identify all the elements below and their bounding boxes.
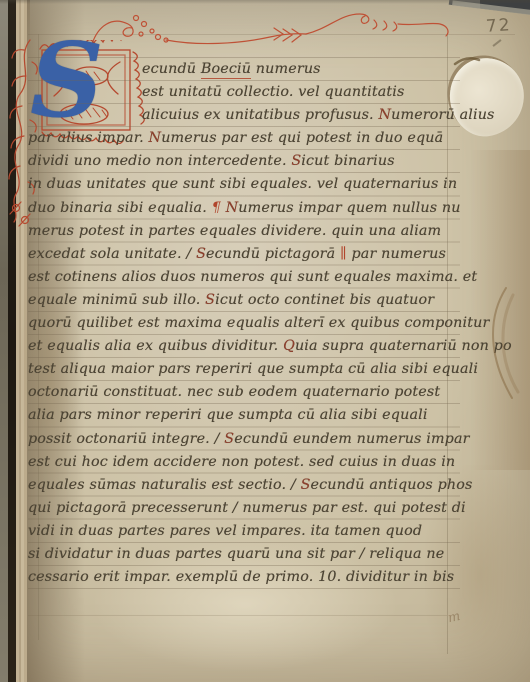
text-segment: excedat sola unitate. / xyxy=(28,246,196,262)
text-segment: quorū quilibet est maxima equalis alterī… xyxy=(28,315,489,331)
book-spine-edge xyxy=(0,0,8,682)
text-segment: ecundū pictagorā xyxy=(206,246,340,262)
text-segment: test aliqua maior pars reperiri que sump… xyxy=(28,361,478,377)
rubricated-capital: S xyxy=(301,477,311,493)
text-line: est unitatū collectio. vel quantitatis xyxy=(28,81,460,104)
text-line: excedat sola unitate. / Secundū pictagor… xyxy=(28,243,460,266)
text-line: est cui hoc idem accidere non potest. se… xyxy=(28,451,460,474)
text-segment: duo binaria sibi equalia. xyxy=(28,200,212,216)
rubricated-capital: S xyxy=(196,246,206,262)
text-segment: par numerus xyxy=(351,246,446,262)
text-line: octonariū constituat. nec sub eodem quat… xyxy=(28,381,460,404)
text-segment: vidi in duas partes pares vel impares. i… xyxy=(28,523,422,539)
text-line: est cotinens alios duos numeros qui sunt… xyxy=(28,266,460,289)
text-line: merus potest in partes equales dividere.… xyxy=(28,220,460,243)
text-segment: ecundū xyxy=(142,61,201,77)
text-segment: si dividatur in duas partes quarū una si… xyxy=(28,546,444,562)
text-segment: par alius impar. xyxy=(28,130,149,146)
text-line: duo binaria sibi equalia. ¶ Numerus impa… xyxy=(28,197,460,220)
text-line: qui pictagorā precesserunt / numerus par… xyxy=(28,497,460,520)
text-line: et equalis alia ex quibus dividitur. Qui… xyxy=(28,335,460,358)
rubricated-capital: S xyxy=(291,153,301,169)
rubricated-capital: N xyxy=(378,107,391,123)
text-segment: possit octonariū integre. / xyxy=(28,431,224,447)
text-segment: in duas unitates que sunt sibi equales. … xyxy=(28,176,457,192)
corner-pen-mark: m xyxy=(447,609,463,626)
folio-number: 72 xyxy=(485,15,512,37)
text-block: ecundū Boeciū numerusest unitatū collect… xyxy=(28,58,460,589)
manuscript-photo: S ecundū Boeciū numerusest unitatū colle… xyxy=(0,0,530,682)
text-line: alicuius ex unitatibus profusus. Numeror… xyxy=(28,104,460,127)
text-line: equale minimū sub illo. Sicut octo conti… xyxy=(28,289,460,312)
text-line: test aliqua maior pars reperiri que sump… xyxy=(28,358,460,381)
ruling-line-horizontal xyxy=(28,615,447,616)
red-underlined-word: Boeciū xyxy=(201,61,251,79)
text-line: si dividatur in duas partes quarū una si… xyxy=(28,543,460,566)
text-line: ecundū Boeciū numerus xyxy=(28,58,460,81)
text-segment: et equalis alia ex quibus dividitur. xyxy=(28,338,283,354)
page-top-edge xyxy=(0,0,530,4)
rubricated-capital: Q xyxy=(283,338,295,354)
text-segment: est cotinens alios duos numeros qui sunt… xyxy=(28,269,477,285)
text-line: equales sūmas naturalis est sectio. / Se… xyxy=(28,474,460,497)
text-segment: umerus par est qui potest in duo equā xyxy=(161,130,443,146)
rubric-mark: ∥ xyxy=(340,246,351,262)
text-line: cessario erit impar. exemplū de primo. 1… xyxy=(28,566,460,589)
text-line: possit octonariū integre. / Secundū eund… xyxy=(28,428,460,451)
page-stack-edge xyxy=(16,0,27,682)
text-segment: numerus xyxy=(251,61,321,77)
text-line: quorū quilibet est maxima equalis alterī… xyxy=(28,312,460,335)
rubricated-capital: S xyxy=(224,431,234,447)
rubricated-capital: N xyxy=(226,200,239,216)
text-segment: alicuius ex unitatibus profusus. xyxy=(142,107,378,123)
rubricated-capital: N xyxy=(149,130,162,146)
gutter-shadow-strip xyxy=(8,0,16,682)
text-segment: equales sūmas naturalis est sectio. / xyxy=(28,477,301,493)
penwork-flourish-top xyxy=(78,4,458,48)
text-line: dividi uno medio non intercedente. Sicut… xyxy=(28,150,460,173)
text-segment: umerus impar quem nullus nu xyxy=(238,200,460,216)
text-segment: uia supra quaternariū non po xyxy=(295,338,512,354)
text-segment: umerorū alius xyxy=(391,107,494,123)
text-segment: qui pictagorā precesserunt / numerus par… xyxy=(28,500,466,516)
rubricated-capital: S xyxy=(205,292,215,308)
text-segment: cessario erit impar. exemplū de primo. 1… xyxy=(28,569,454,585)
rubric-mark: ¶ xyxy=(212,200,226,216)
text-segment: icut octo continet bis quatuor xyxy=(215,292,434,308)
text-line: alia pars minor reperiri que sumpta cū a… xyxy=(28,404,460,427)
text-segment: ecundū antiquos phos xyxy=(311,477,473,493)
text-segment: alia pars minor reperiri que sumpta cū a… xyxy=(28,407,428,423)
text-segment: icut binarius xyxy=(301,153,394,169)
text-line: par alius impar. Numerus par est qui pot… xyxy=(28,127,460,150)
text-segment: merus potest in partes equales dividere.… xyxy=(28,223,441,239)
text-segment: ecundū eundem numerus impar xyxy=(234,431,469,447)
text-segment: est cui hoc idem accidere non potest. se… xyxy=(28,454,455,470)
text-line: in duas unitates que sunt sibi equales. … xyxy=(28,173,460,196)
parchment-stain xyxy=(470,150,530,470)
text-segment: dividi uno medio non intercedente. xyxy=(28,153,291,169)
text-segment: equale minimū sub illo. xyxy=(28,292,205,308)
text-segment: octonariū constituat. nec sub eodem quat… xyxy=(28,384,440,400)
folio-tick-mark xyxy=(492,39,501,47)
text-segment: est unitatū collectio. vel quantitatis xyxy=(142,84,405,100)
text-line: vidi in duas partes pares vel impares. i… xyxy=(28,520,460,543)
